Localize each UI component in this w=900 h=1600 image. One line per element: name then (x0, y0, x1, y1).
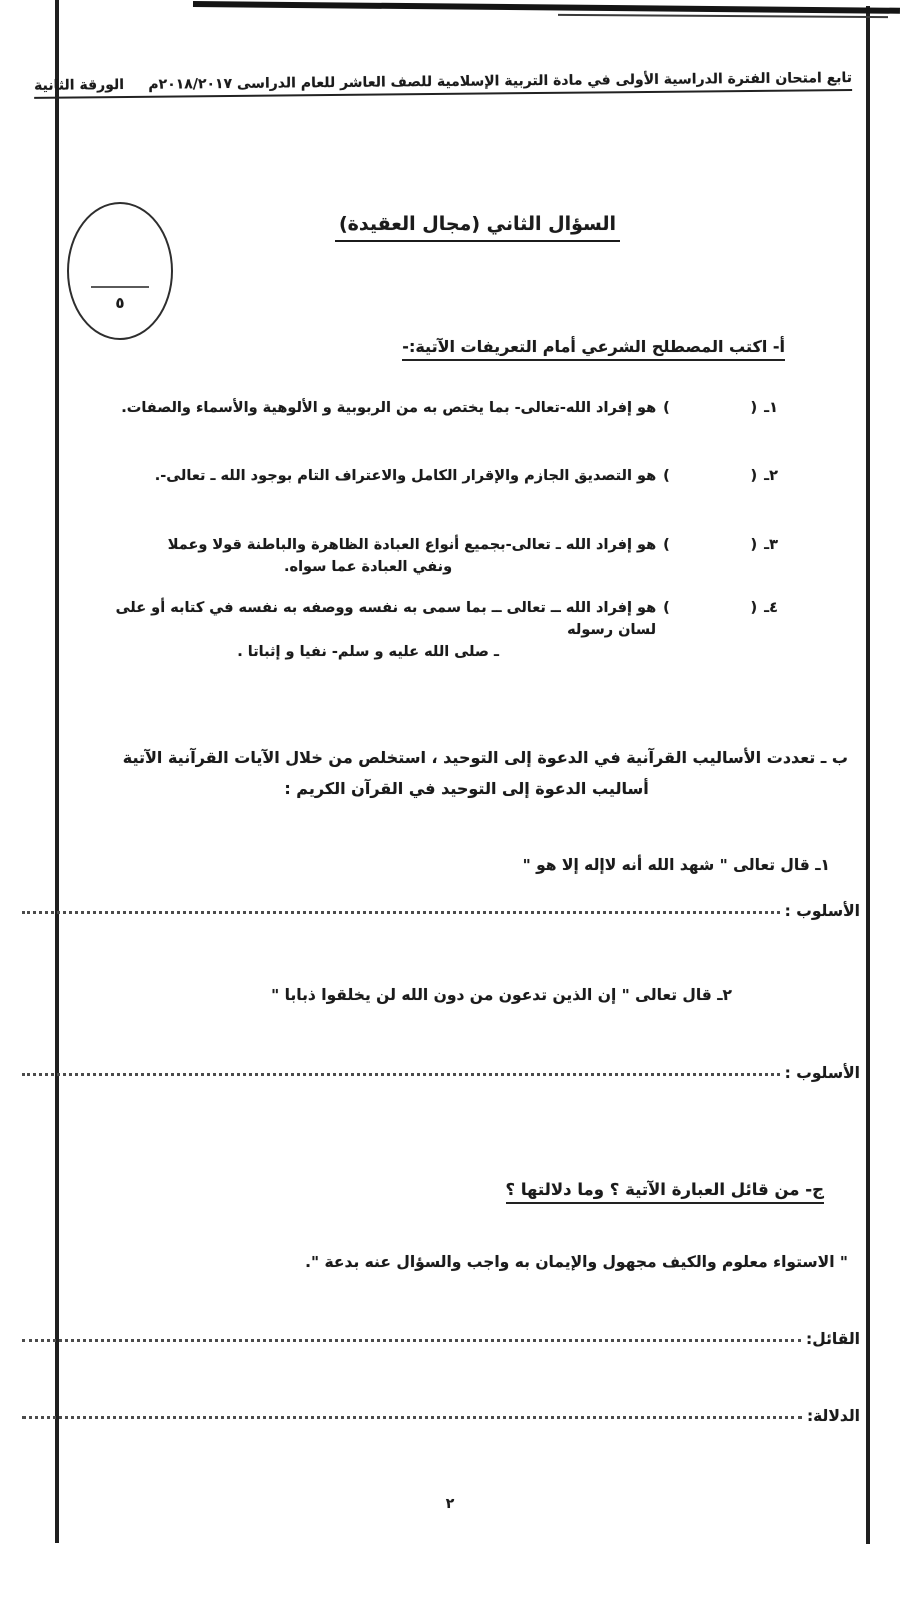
page-number: ٢ (0, 1496, 900, 1512)
dotted-answer-blank (22, 1339, 801, 1342)
item-definition: هو إفراد الله ـ تعالى-بجميع أنواع العباد… (80, 535, 656, 579)
answer-label: القائل: (806, 1330, 860, 1348)
answer-line-style-2: الأسلوب : (22, 1064, 860, 1082)
answer-brackets-blank: ( ) (663, 535, 757, 557)
answer-brackets-blank: ( ) (663, 598, 757, 620)
verse-2: ٢ـ قال تعالى " إن الذين تدعون من دون الل… (271, 986, 732, 1004)
definition-item-4: ٤ـ ( ) هو إفراد الله ــ تعالى ــ بما سمى… (80, 598, 778, 663)
page-border-top (193, 1, 900, 14)
item-definition-line1: هو إفراد الله ــ تعالى ــ بما سمى به نفس… (80, 598, 656, 642)
answer-line-meaning: الدلالة: (22, 1407, 860, 1425)
section-c-heading-text: ج- من قائل العبارة الآتية ؟ وما دلالتها … (506, 1180, 824, 1204)
answer-line-sayer: القائل: (22, 1330, 860, 1348)
page-border-left (55, 0, 59, 1543)
marks-value: ٥ (115, 294, 124, 312)
page-border-top-inner (558, 14, 888, 18)
item-number: ٣ـ (764, 535, 778, 557)
question-title: السؤال الثاني (مجال العقيدة) (280, 213, 675, 235)
exam-header: تابع امتحان الفترة الدراسية الأولى في ما… (62, 70, 852, 94)
item-definition-line2: ونفي العبادة عما سواه. (80, 557, 656, 579)
definition-item-2: ٢ـ ( ) هو التصديق الجازم والإقرار الكامل… (80, 466, 778, 488)
item-definition-line2: ـ صلى الله عليه و سلم- نفيا و إثباتا . (80, 642, 656, 664)
section-b-heading-line2: أساليب الدعوة إلى التوحيد في القرآن الكر… (85, 773, 848, 804)
dotted-answer-blank (22, 1416, 802, 1419)
question-title-text: السؤال الثاني (مجال العقيدة) (335, 213, 620, 242)
answer-label: الأسلوب : (785, 1064, 860, 1082)
answer-brackets-blank: ( ) (663, 466, 757, 488)
item-definition: هو إفراد الله ــ تعالى ــ بما سمى به نفس… (80, 598, 656, 663)
item-definition-line1: هو إفراد الله ـ تعالى-بجميع أنواع العباد… (80, 535, 656, 557)
item-definition-line1: هو إفراد الله-تعالى- بما يختص به من الرب… (80, 398, 656, 420)
marks-divider-line (91, 286, 149, 288)
item-definition: هو إفراد الله-تعالى- بما يختص به من الرب… (80, 398, 656, 420)
section-b-heading-line1: ب ـ تعددت الأساليب القرآنية في الدعوة إل… (85, 742, 848, 773)
page-border-right (866, 6, 870, 1544)
answer-line-style-1: الأسلوب : (22, 902, 860, 920)
item-definition-line1: هو التصديق الجازم والإقرار الكامل والاعت… (80, 466, 656, 488)
item-definition: هو التصديق الجازم والإقرار الكامل والاعت… (80, 466, 656, 488)
quote-text: " الاستواء معلوم والكيف مجهول والإيمان ب… (55, 1253, 848, 1271)
marks-circle: ٥ (67, 202, 173, 340)
dotted-answer-blank (22, 911, 780, 914)
item-number: ١ـ (764, 398, 778, 420)
section-b-heading: ب ـ تعددت الأساليب القرآنية في الدعوة إل… (85, 742, 848, 804)
verse-1: ١ـ قال تعالى " شهد الله أنه لاإله إلا هو… (523, 856, 830, 874)
definition-item-3: ٣ـ ( ) هو إفراد الله ـ تعالى-بجميع أنواع… (80, 535, 778, 579)
exam-scan-page: تابع امتحان الفترة الدراسية الأولى في ما… (0, 0, 900, 1600)
definition-item-1: ١ـ ( ) هو إفراد الله-تعالى- بما يختص به … (80, 398, 778, 420)
dotted-answer-blank (22, 1073, 780, 1076)
item-number: ٤ـ (764, 598, 778, 620)
section-a-heading: أ- اكتب المصطلح الشرعي أمام التعريفات ال… (402, 337, 785, 356)
section-c-heading: ج- من قائل العبارة الآتية ؟ وما دلالتها … (506, 1180, 824, 1199)
answer-label: الدلالة: (807, 1407, 860, 1425)
exam-header-text: تابع امتحان الفترة الدراسية الأولى في ما… (34, 70, 852, 99)
answer-label: الأسلوب : (785, 902, 860, 920)
section-a-heading-text: أ- اكتب المصطلح الشرعي أمام التعريفات ال… (402, 337, 785, 361)
item-number: ٢ـ (764, 466, 778, 488)
answer-brackets-blank: ( ) (663, 398, 757, 420)
